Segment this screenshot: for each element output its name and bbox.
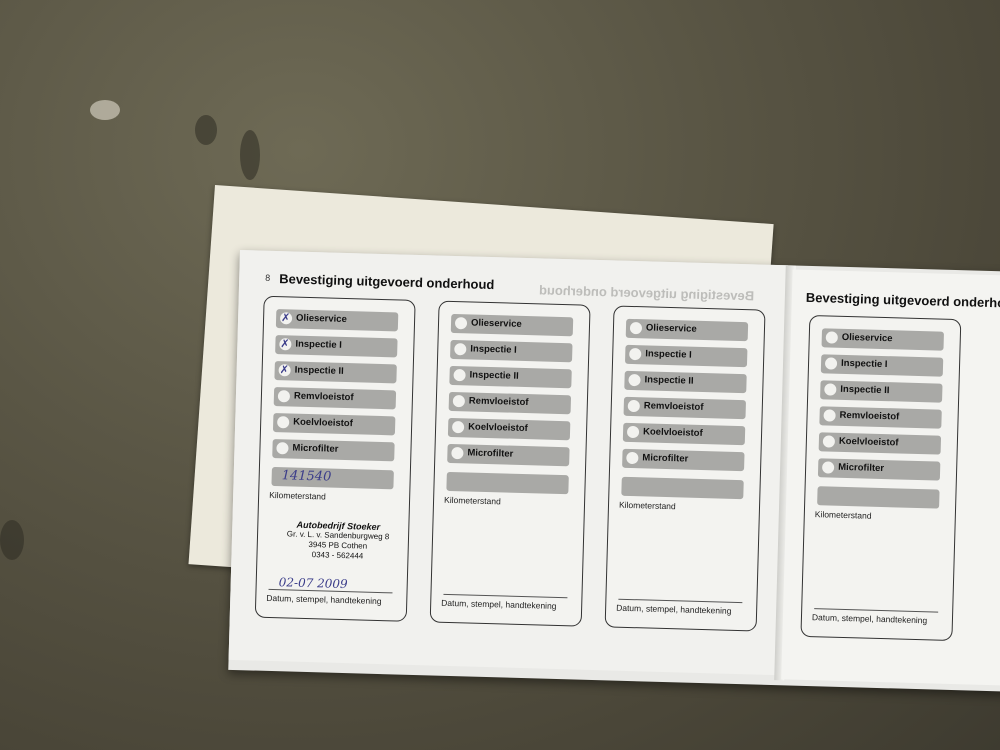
signature-label: Datum, stempel, handtekening	[266, 593, 382, 606]
mileage-field	[817, 486, 939, 508]
mileage-label: Kilometerstand	[815, 509, 872, 521]
signature-label: Datum, stempel, handtekening	[441, 598, 557, 611]
checkbox-circle-icon: ✗	[278, 364, 290, 376]
service-item-label: Microfilter	[292, 443, 338, 455]
mileage-field	[446, 472, 568, 494]
service-item-olieservice: Olieservice	[822, 328, 944, 350]
floor-stain	[240, 130, 260, 180]
handwritten-check-icon: ✗	[279, 363, 289, 376]
mileage-field: 141540	[271, 467, 393, 489]
service-item-label: Inspectie I	[841, 358, 888, 370]
page-heading: Bevestiging uitgevoerd onderhoud	[806, 290, 1000, 311]
service-item-label: Koelvloeistof	[643, 426, 703, 439]
service-item-label: Olieservice	[842, 332, 893, 344]
service-item-label: Inspectie I	[470, 343, 517, 355]
service-item-microfilter: Microfilter	[818, 458, 940, 480]
service-item-remvloeistof: Remvloeistof	[274, 387, 396, 409]
right-page: Bevestiging uitgevoerd onderhoud Olieser…	[781, 269, 1000, 686]
mileage-label: Kilometerstand	[444, 495, 501, 507]
service-item-label: Microfilter	[642, 452, 688, 464]
checkbox-circle-icon: ✗	[280, 312, 292, 324]
handwritten-check-icon: ✗	[281, 311, 291, 324]
service-item-label: Microfilter	[838, 462, 884, 474]
checkbox-circle-icon	[455, 317, 467, 329]
checkbox-circle-icon	[627, 426, 639, 438]
left-page: 8 Bevestiging uitgevoerd onderhoud Beves…	[229, 250, 788, 675]
service-item-koelvloeistof: Koelvloeistof	[819, 432, 941, 454]
page-number: 8	[265, 273, 270, 283]
service-item-koelvloeistof: Koelvloeistof	[273, 413, 395, 435]
service-item-inspectie-ii: Inspectie II	[449, 366, 571, 388]
service-item-label: Inspectie II	[469, 369, 518, 381]
floor-stain	[90, 100, 120, 120]
checkbox-circle-icon	[826, 331, 838, 343]
checkbox-circle-icon	[628, 400, 640, 412]
garage-stamp: Autobedrijf StoekerGr. v. L. v. Sandenbu…	[277, 519, 398, 562]
checkbox-circle-icon	[629, 348, 641, 360]
service-item-label: Remvloeistof	[644, 400, 704, 413]
service-item-olieservice: Olieservice	[451, 314, 573, 336]
service-item-label: Microfilter	[467, 447, 513, 459]
service-item-label: Inspectie I	[645, 348, 692, 360]
checkbox-circle-icon	[453, 369, 465, 381]
checkbox-circle-icon	[630, 322, 642, 334]
checkbox-circle-icon	[453, 395, 465, 407]
checkbox-circle-icon	[277, 416, 289, 428]
mileage-label: Kilometerstand	[269, 490, 326, 502]
service-item-label: Olieservice	[471, 317, 522, 329]
service-item-label: Olieservice	[296, 313, 347, 325]
service-item-label: Olieservice	[646, 322, 697, 334]
checkbox-circle-icon	[626, 452, 638, 464]
service-card-3: OlieserviceInspectie IInspectie IIRemvlo…	[605, 305, 766, 631]
checkbox-circle-icon	[823, 409, 835, 421]
mileage-field	[621, 477, 743, 499]
signature-label: Datum, stempel, handtekening	[616, 603, 732, 616]
service-item-inspectie-ii: Inspectie II	[624, 371, 746, 393]
service-item-label: Inspectie II	[644, 374, 693, 386]
checkbox-circle-icon: ✗	[279, 338, 291, 350]
service-item-label: Koelvloeistof	[839, 436, 899, 449]
service-item-label: Inspectie II	[840, 384, 889, 396]
checkbox-circle-icon	[822, 461, 834, 473]
checkbox-circle-icon	[825, 357, 837, 369]
maintenance-booklet: 8 Bevestiging uitgevoerd onderhoud Beves…	[228, 250, 1000, 692]
service-item-inspectie-i: ✗Inspectie I	[275, 335, 397, 357]
service-card-1: ✗Olieservice✗Inspectie I✗Inspectie IIRem…	[255, 296, 416, 622]
checkbox-circle-icon	[452, 421, 464, 433]
service-item-remvloeistof: Remvloeistof	[819, 406, 941, 428]
service-item-koelvloeistof: Koelvloeistof	[448, 418, 570, 440]
service-item-microfilter: Microfilter	[622, 449, 744, 471]
service-item-inspectie-i: Inspectie I	[625, 345, 747, 367]
service-item-label: Koelvloeistof	[468, 421, 528, 434]
service-item-label: Remvloeistof	[294, 391, 354, 404]
checkbox-circle-icon	[823, 435, 835, 447]
service-item-inspectie-i: Inspectie I	[821, 354, 943, 376]
checkbox-circle-icon	[276, 442, 288, 454]
mileage-label: Kilometerstand	[619, 500, 676, 512]
checkbox-circle-icon	[824, 383, 836, 395]
service-item-label: Inspectie I	[295, 339, 342, 351]
service-item-olieservice: ✗Olieservice	[276, 309, 398, 331]
checkbox-circle-icon	[454, 343, 466, 355]
service-item-label: Remvloeistof	[469, 395, 529, 408]
mileage-value: 141540	[282, 468, 332, 484]
checkbox-circle-icon	[628, 374, 640, 386]
service-item-microfilter: Microfilter	[272, 439, 394, 461]
service-item-koelvloeistof: Koelvloeistof	[623, 423, 745, 445]
signature-label: Datum, stempel, handtekening	[812, 612, 928, 625]
service-card-4: OlieserviceInspectie IInspectie IIRemvlo…	[800, 315, 961, 641]
service-item-remvloeistof: Remvloeistof	[624, 397, 746, 419]
checkbox-circle-icon	[278, 390, 290, 402]
checkbox-circle-icon	[451, 447, 463, 459]
page-heading: Bevestiging uitgevoerd onderhoud	[279, 271, 495, 292]
floor-stain	[195, 115, 217, 145]
floor-stain	[0, 520, 24, 560]
service-item-microfilter: Microfilter	[447, 444, 569, 466]
service-item-inspectie-i: Inspectie I	[450, 340, 572, 362]
stamp-phone: 0343 - 562444	[277, 549, 397, 562]
service-item-label: Koelvloeistof	[293, 417, 353, 430]
service-item-remvloeistof: Remvloeistof	[449, 392, 571, 414]
service-item-olieservice: Olieservice	[626, 319, 748, 341]
service-card-2: OlieserviceInspectie IInspectie IIRemvlo…	[430, 301, 591, 627]
service-item-inspectie-ii: Inspectie II	[820, 380, 942, 402]
service-item-inspectie-ii: ✗Inspectie II	[274, 361, 396, 383]
bleed-through-heading: Bevestiging uitgevoerd onderhoud	[539, 282, 755, 303]
service-item-label: Remvloeistof	[839, 410, 899, 423]
service-item-label: Inspectie II	[295, 365, 344, 377]
handwritten-check-icon: ✗	[280, 337, 290, 350]
